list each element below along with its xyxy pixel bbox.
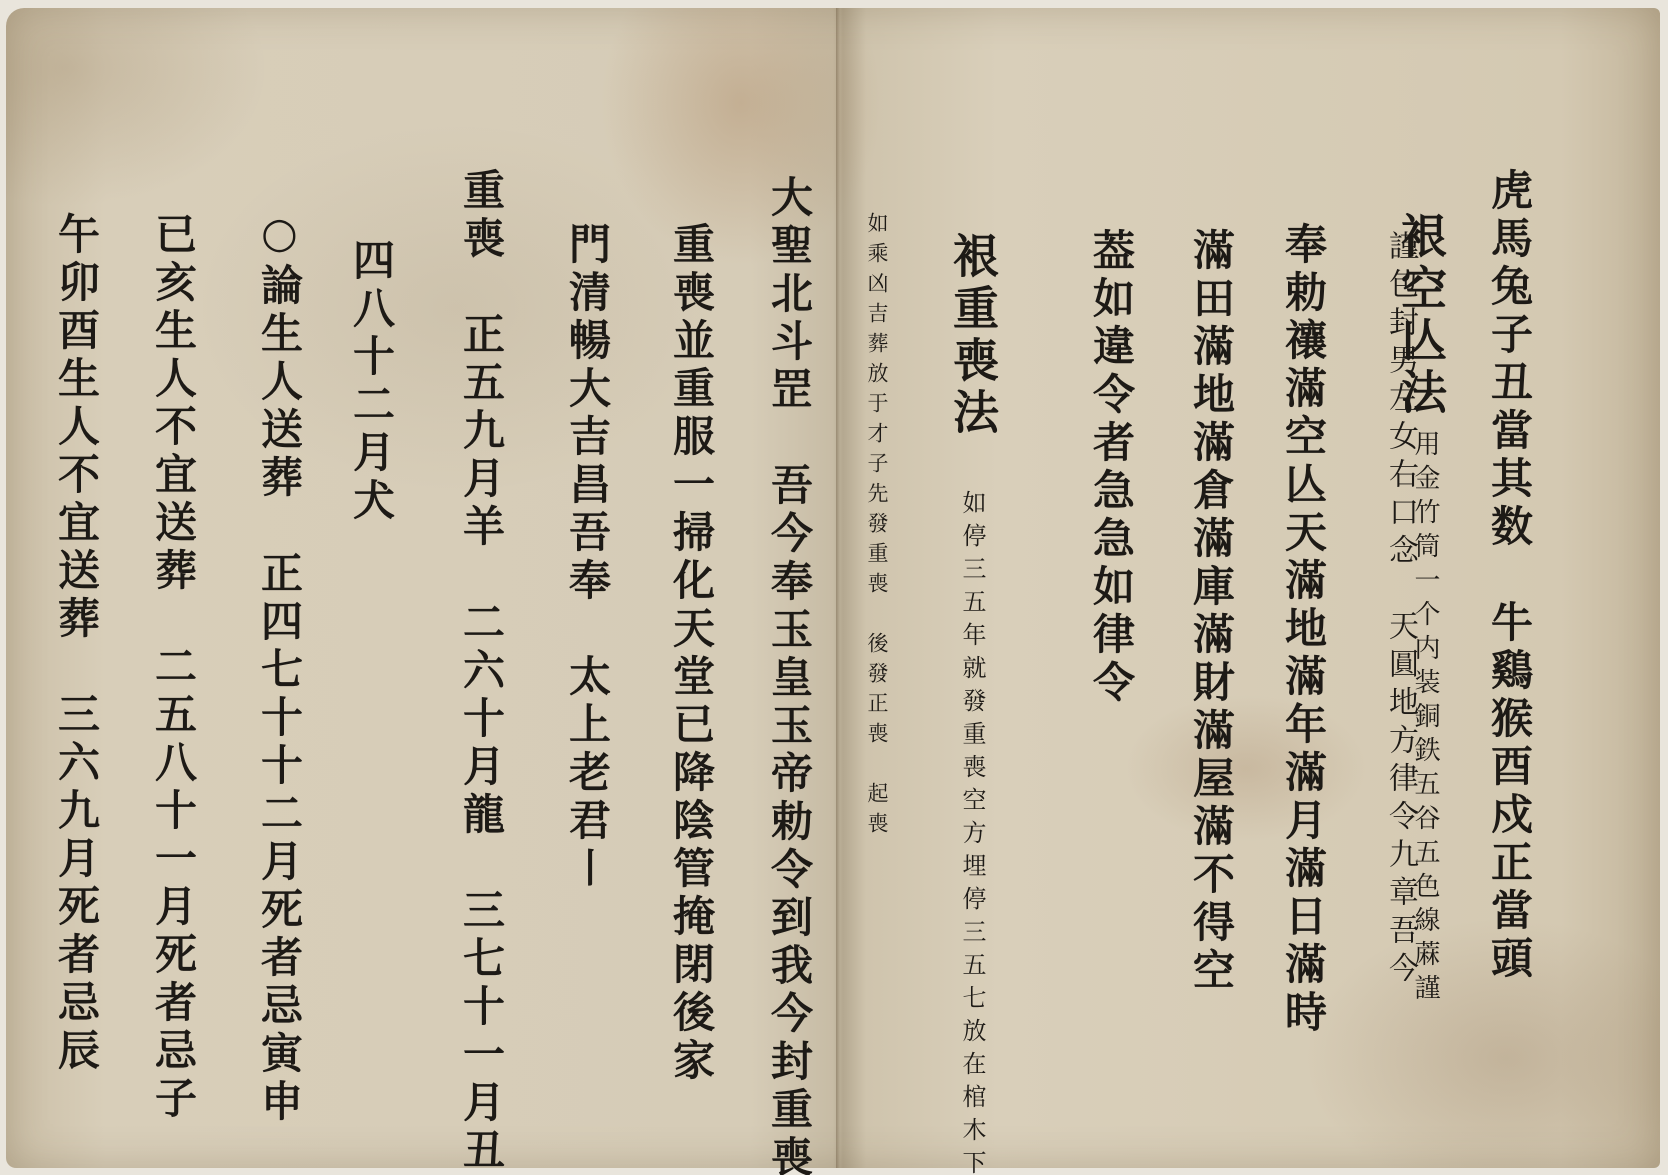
left-col-4: 重喪 正五九月羊 二六十月龍 三七十一月丑 xyxy=(460,168,502,1175)
left-col-2: 重喪並重服一掃化天堂已降陰管掩閉後家 xyxy=(670,222,712,1086)
right-col-6: 葢如違令者急急如律令 xyxy=(1090,228,1132,708)
right-col-7-title: 裉重喪法 xyxy=(950,232,996,440)
right-col-7-note: 如停三五年就發重喪空方埋停三五七放在棺木下 xyxy=(960,490,984,1175)
left-col-8: 午卯酉生人不宜送葬 三六九月死者忌辰 xyxy=(55,212,97,1076)
left-col-6: ○論生人送葬 正四七十十二月死者忌寅申 xyxy=(258,208,300,1127)
book-spine xyxy=(836,8,840,1168)
left-col-1: 大聖北斗罡 吾今奉玉皇玉帝勅令到我今封重喪 xyxy=(768,175,810,1175)
right-col-8: 如乘凶吉葬放于才子先發重喪 後發正喪 起喪 xyxy=(866,212,887,842)
right-col-3: 謹包封男左女右口念 天圓地方律令九章吾今 xyxy=(1385,230,1415,990)
right-col-1: 虎馬兔子丑當其数 牛鷄猴酉戍正當頭 xyxy=(1488,168,1530,984)
manuscript-photo: 虎馬兔子丑當其数 牛鷄猴酉戍正當頭 裉空亾法 用金竹筒一个内装銅鉄五谷五色線蔴謹… xyxy=(0,0,1668,1175)
right-col-4: 奉勅禳滿空亾天滿地滿年滿月滿日滿時 xyxy=(1282,222,1324,1038)
right-col-5: 滿田滿地滿倉滿庫滿財滿屋滿不得空 xyxy=(1190,228,1232,996)
left-col-3: 門清暢大吉昌吾奉 太上老君〡 xyxy=(566,222,608,894)
left-col-5: 四八十二月犬 xyxy=(350,238,392,526)
left-col-7: 已亥生人不宜送葬 二五八十一月死者忌子 xyxy=(152,212,194,1124)
